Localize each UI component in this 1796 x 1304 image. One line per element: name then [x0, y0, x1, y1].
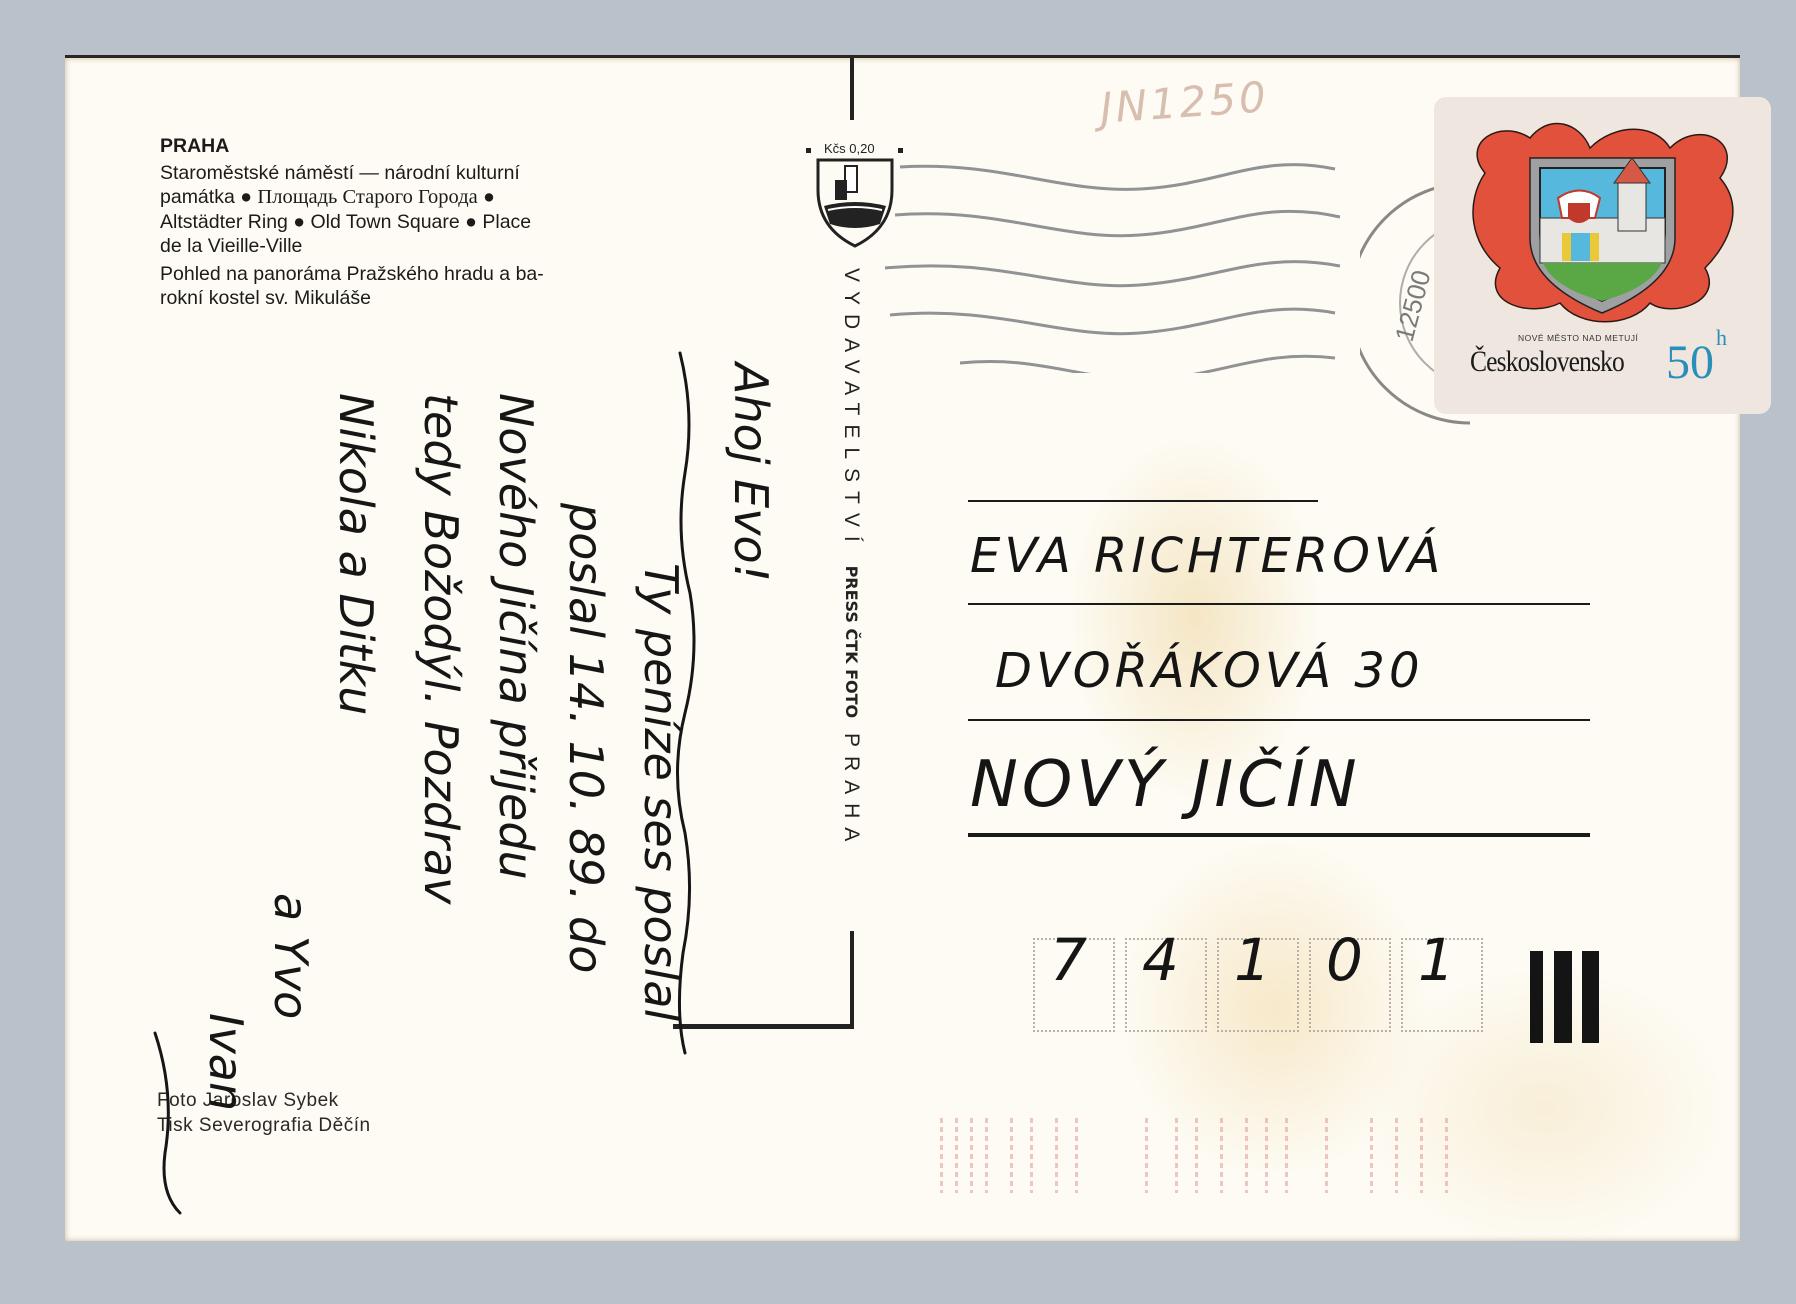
- address-line: [968, 603, 1590, 605]
- divider-line: [850, 931, 854, 1028]
- postcard-back: JN1250 PRAHA Staroměstské náměstí — náro…: [65, 55, 1740, 1241]
- recipient-city: NOVÝ JIČÍN: [970, 748, 1361, 822]
- zip-digit: 7: [1050, 926, 1087, 994]
- address-line: [968, 833, 1590, 837]
- stamp-value: 50: [1666, 335, 1714, 390]
- zip-digit: 4: [1142, 926, 1179, 994]
- message-line: tedy Božodýl. Pozdrav: [414, 393, 468, 905]
- pink-mark: [1285, 1118, 1288, 1193]
- message-line: poslal 14. 10. 89. do: [559, 502, 613, 973]
- wavy-cancellation-lines: [880, 153, 1360, 373]
- publisher-brand: PRESS ČTK FOTO: [842, 566, 861, 719]
- stamp-country: Československo: [1470, 345, 1624, 379]
- handwritten-message: Ahoj Evo! Ty peníze ses poslal poslal 14…: [125, 333, 785, 1223]
- pencil-note: JN1250: [1098, 72, 1270, 133]
- pink-mark: [1075, 1118, 1078, 1193]
- pink-mark: [1175, 1118, 1178, 1193]
- zip-digit: 1: [1234, 926, 1271, 994]
- caption-line: de la Vieille-Ville: [160, 234, 680, 259]
- zip-digit: 0: [1326, 926, 1363, 994]
- pink-mark: [1265, 1118, 1268, 1193]
- message-line: Nikola a Ditku: [329, 393, 383, 715]
- pink-mark: [1395, 1118, 1398, 1193]
- pink-mark: [940, 1118, 943, 1193]
- message-greeting: Ahoj Evo!: [724, 360, 778, 582]
- caption-line: Altstädter Ring ● Old Town Square ● Plac…: [160, 210, 680, 235]
- logo-price: Kčs 0,20: [824, 141, 875, 156]
- pink-mark: [1325, 1118, 1328, 1193]
- pink-mark: [1370, 1118, 1373, 1193]
- recipient-street: DVOŘÁKOVÁ 30: [995, 643, 1423, 699]
- stamp-town: NOVÉ MĚSTO NAD METUJÍ: [1518, 333, 1638, 343]
- bullet-icon: ●: [483, 186, 495, 208]
- zip-digit: 1: [1418, 926, 1455, 994]
- caption-block: PRAHA Staroměstské náměstí — národní kul…: [160, 134, 680, 311]
- caption-line: památka ● Площадь Старого Города ●: [160, 185, 680, 210]
- address-line: [968, 500, 1318, 502]
- caption-title: PRAHA: [160, 134, 680, 159]
- publisher-suffix: PRAHA: [840, 733, 863, 850]
- message-line: Ty peníze ses poslal: [634, 563, 688, 1022]
- publisher-imprint: VYDAVATELSTVÍ PRESS ČTK FOTO PRAHA: [839, 268, 863, 850]
- caption-text-ru: Площадь Старого Города: [257, 186, 477, 208]
- postmark-code: 12500: [1389, 267, 1437, 345]
- pink-mark: [1145, 1118, 1148, 1193]
- pink-mark: [1220, 1118, 1223, 1193]
- bullet-icon: ●: [240, 186, 252, 208]
- stamp-unit: h: [1716, 325, 1727, 351]
- pink-mark: [970, 1118, 973, 1193]
- pink-mark: [1420, 1118, 1423, 1193]
- pink-mark: [1030, 1118, 1033, 1193]
- pink-mark: [1055, 1118, 1058, 1193]
- postage-stamp: NOVÉ MĚSTO NAD METUJÍ Československo 50 …: [1440, 103, 1765, 408]
- pink-mark: [985, 1118, 988, 1193]
- pink-mark: [1245, 1118, 1248, 1193]
- pink-mark: [1445, 1118, 1448, 1193]
- recipient-name: EVA RICHTEROVÁ: [970, 528, 1444, 584]
- divider-line: [850, 58, 854, 120]
- pink-mark: [1010, 1118, 1013, 1193]
- message-line: Nového Jičína přijedu: [489, 393, 543, 880]
- caption-text: památka: [160, 186, 235, 208]
- caption-line: Staroměstské náměstí — národní kulturní: [160, 161, 680, 186]
- pink-mark: [1195, 1118, 1198, 1193]
- coat-of-arms-icon: [1440, 103, 1765, 343]
- caption-line: rokní kostel sv. Mikuláše: [160, 286, 680, 311]
- publisher-prefix: VYDAVATELSTVÍ: [840, 268, 863, 551]
- caption-line: Pohled na panoráma Pražského hradu a ba-: [160, 262, 680, 287]
- message-line: a Yvo: [264, 893, 318, 1019]
- message-signature: Ivan: [199, 1013, 253, 1111]
- address-line: [968, 719, 1590, 721]
- pink-mark: [955, 1118, 958, 1193]
